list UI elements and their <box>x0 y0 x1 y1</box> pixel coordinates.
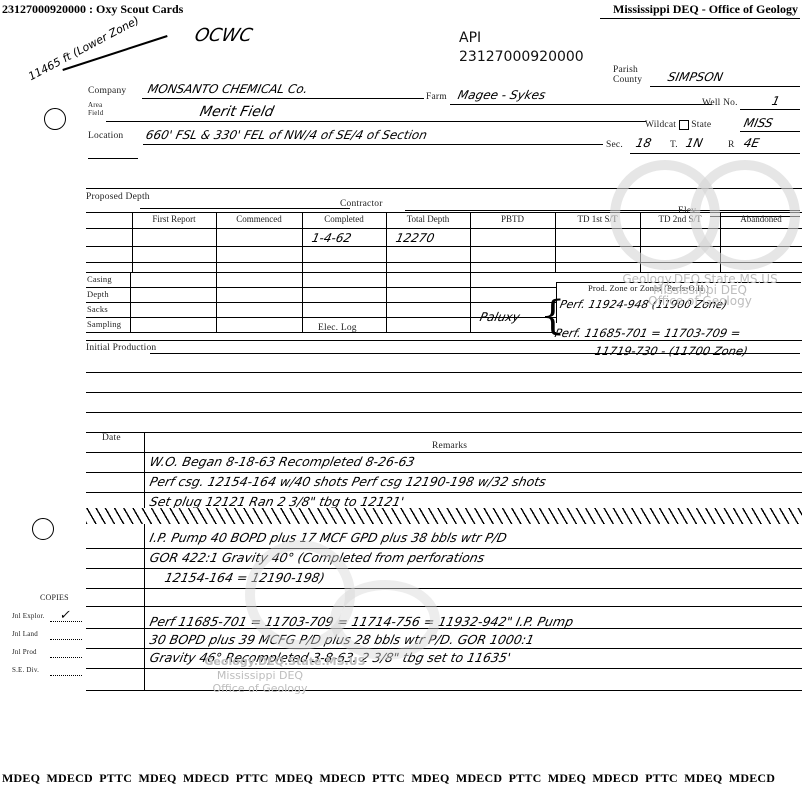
contractor-label: Contractor <box>340 199 383 209</box>
status-table-rule <box>86 262 802 263</box>
well-no-value: 1 <box>771 94 782 108</box>
field-value: Merit Field <box>198 104 275 120</box>
copies-item-underline <box>50 675 82 676</box>
casing-table-divider <box>302 272 303 332</box>
remarks-rule <box>86 548 802 549</box>
county-label: County <box>613 75 642 85</box>
area-label: Area <box>88 101 102 109</box>
watermark-url: Geology.DEQ.State.MS.US <box>190 656 380 668</box>
remarks-rule <box>86 588 802 589</box>
wildcat-text: Wildcat <box>645 120 676 130</box>
remark-line: W.O. Began 8-18-63 Recompleted 8-26-63 <box>148 454 416 469</box>
remarks-label: Remarks <box>432 441 467 451</box>
watermark-stamp-top: Geology.DEQ.State.MS.USMississippi DEQOf… <box>600 274 800 307</box>
copies-item-label: Jnl Explor. <box>12 612 45 620</box>
remarks-rule <box>86 452 802 453</box>
parish-label: Parish <box>613 65 638 75</box>
remarks-rule <box>86 648 802 649</box>
copies-item-underline <box>50 639 82 640</box>
location-underline <box>143 144 603 145</box>
punch-hole-top <box>44 108 66 130</box>
casing-row-label-sacks: Sacks <box>87 304 108 314</box>
api-number: 23127000920000 <box>459 49 584 65</box>
remarks-date-divider <box>144 432 145 690</box>
remark-line: Set plug 12121 Ran 2 3/8" tbg to 12121' <box>148 494 405 509</box>
ocwc-annotation: OCWC <box>193 25 255 46</box>
company-label: Company <box>88 86 126 96</box>
copies-title: COPIES <box>40 593 69 602</box>
casing-row-label-depth: Depth <box>87 289 109 299</box>
status-value-completed: 1-4-62 <box>311 231 353 245</box>
casing-row-label-sampling: Sampling <box>87 319 121 329</box>
location-label: Location <box>88 131 123 141</box>
status-header-total-depth: Total Depth <box>386 214 470 224</box>
field-underline <box>106 121 646 122</box>
date-label: Date <box>102 433 121 443</box>
brace-mark: { <box>540 296 565 336</box>
remarks-rule <box>86 606 802 607</box>
ip-line-2 <box>86 372 802 373</box>
ip-line-3 <box>86 392 802 393</box>
wildcat-label: Wildcat State <box>645 120 711 130</box>
remarks-rule <box>86 472 802 473</box>
copies-item-label: Jnl Land <box>12 630 38 638</box>
farm-value: Magee - Sykes <box>457 88 547 102</box>
initial-production-label: Initial Production <box>86 343 156 353</box>
township-value: 1N <box>685 136 705 150</box>
range-value: 4E <box>743 136 761 150</box>
casing-table-rule <box>86 302 556 303</box>
casing-table-rule <box>86 287 556 288</box>
casing-row-label-casing: Casing <box>87 274 112 284</box>
farm-label: Farm <box>426 92 447 102</box>
agency-title: Mississippi DEQ - Office of Geology <box>613 2 798 17</box>
state-underline <box>740 131 800 132</box>
remark-line: Perf csg. 12154-164 w/40 shots Perf csg … <box>148 474 547 489</box>
sec-underline <box>630 153 800 154</box>
paluxy-note: Paluxy <box>479 310 522 324</box>
copies-item-label: Jnl Prod <box>12 648 37 656</box>
status-value-total-depth: 12270 <box>395 231 436 245</box>
state-label: State <box>691 120 711 130</box>
casing-table-rule <box>86 272 556 273</box>
remarks-rule <box>86 668 802 669</box>
farm-underline <box>450 104 712 105</box>
wildcat-checkbox[interactable] <box>679 120 689 130</box>
ip-line-4 <box>86 412 802 413</box>
status-header-commenced: Commenced <box>216 214 302 224</box>
county-underline <box>650 86 800 87</box>
well-no-label: Well No. <box>702 98 738 108</box>
watermark-agency: Mississippi DEQ <box>190 670 330 682</box>
watermark-logo-right <box>690 160 800 270</box>
casing-table-divider <box>130 272 131 332</box>
status-header-completed: Completed <box>302 214 386 224</box>
casing-table-divider <box>216 272 217 332</box>
copies-item-label: S.E. Div. <box>12 666 39 674</box>
proposed-depth-underline <box>140 208 350 209</box>
punch-hole-bottom <box>32 518 54 540</box>
field-label: Field <box>88 109 103 117</box>
document-title: 23127000920000 : Oxy Scout Cards <box>2 2 183 17</box>
location-value: 660' FSL & 330' FEL of NW/4 of SE/4 of S… <box>145 128 429 142</box>
range-label: R <box>728 140 735 150</box>
casing-table-divider <box>386 272 387 332</box>
watermark-stamp-office: Office of Geology <box>600 296 800 307</box>
casing-table-divider <box>470 272 471 332</box>
watermark-office: Office of Geology <box>190 683 330 695</box>
township-label: T. <box>670 140 678 150</box>
status-header-first-report: First Report <box>132 214 216 224</box>
company-underline <box>142 98 424 99</box>
watermark-logo-bottom-right <box>330 580 440 660</box>
remark-line: I.P. Pump 40 BOPD plus 17 MCF GPD plus 3… <box>148 530 508 545</box>
well-no-underline <box>740 109 800 110</box>
company-value: MONSANTO CHEMICAL Co. <box>147 82 310 96</box>
remarks-rule <box>86 492 802 493</box>
perforations-line-2: Perf. 11685-701 = 11703-709 = <box>554 326 742 340</box>
footer-banner: MDEQ MDECD PTTC MDEQ MDECD PTTC MDEQ MDE… <box>2 771 775 786</box>
copies-item-underline <box>50 657 82 658</box>
elec-log-label: Elec. Log <box>318 323 357 333</box>
perforations-line-3: 11719-730 - (11700 Zone) <box>594 344 750 358</box>
proposed-depth-label: Proposed Depth <box>86 192 150 202</box>
hatched-divider <box>86 508 802 524</box>
header-underline <box>600 18 800 19</box>
county-value: SIMPSON <box>667 70 725 84</box>
sec-value: 18 <box>635 136 653 150</box>
status-header-pbtd: PBTD <box>470 214 555 224</box>
api-label: API <box>459 30 481 46</box>
state-value: MISS <box>743 116 775 130</box>
remarks-rule <box>86 568 802 569</box>
casing-table-bottom <box>86 340 802 341</box>
sec-label: Sec. <box>606 140 623 150</box>
remarks-top-border <box>86 432 802 433</box>
initial-production-underline <box>150 353 800 354</box>
location-second-line <box>88 158 138 159</box>
